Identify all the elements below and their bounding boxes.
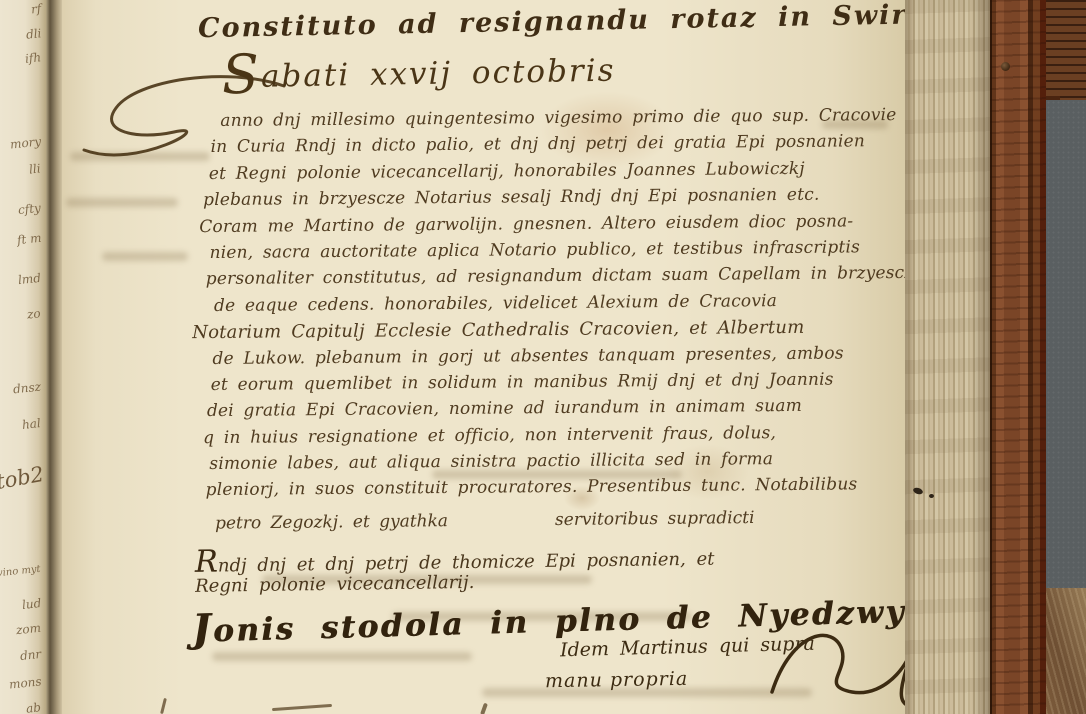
- cover-board-bottom: [1046, 588, 1086, 714]
- margin-fragment: zom: [15, 621, 41, 638]
- margin-fragment: zo: [27, 306, 42, 321]
- witness-names: petro Zegozkj. et gyathka: [215, 511, 448, 533]
- book-fore-edge: [905, 0, 990, 714]
- table-surface: [1046, 100, 1086, 588]
- bleedthrough-ghost: [212, 652, 472, 661]
- margin-fragment: tob2: [0, 462, 46, 494]
- margin-fragment: hal: [22, 416, 42, 432]
- facing-page-edge: rf dli ifh mory lli cfty ft m lmd zo dns…: [0, 0, 46, 714]
- ink-fleck: [929, 494, 934, 498]
- margin-fragment: lli: [29, 161, 42, 176]
- calligraphic-initial: S: [221, 43, 261, 107]
- margin-fragment: dnsz: [12, 380, 41, 397]
- witness-row: petro Zegozkj. et gyathka servitoribus s…: [215, 506, 905, 533]
- bleedthrough-ghost: [66, 198, 178, 207]
- bleedthrough-ghost: [70, 152, 210, 161]
- ink-fleck: [912, 487, 923, 496]
- margin-fragment: lmd: [17, 271, 41, 287]
- act-body: anno dnj millesimo quingentesimo vigesim…: [202, 105, 905, 507]
- wooden-cover-corner: [1046, 0, 1086, 100]
- binding-nail: [1001, 62, 1010, 71]
- margin-fragment: lud: [21, 596, 42, 612]
- date-heading: Sabati xxvij octobris: [222, 53, 616, 96]
- act-title: Constituto ad resignandu rotaz in Swirze: [198, 0, 905, 44]
- leather-binding: [990, 0, 1046, 714]
- margin-fragment: dnr: [19, 647, 42, 663]
- gutter-shadow: [46, 0, 62, 714]
- margin-fragment: ft m: [16, 231, 42, 247]
- margin-fragment: mory: [9, 134, 41, 151]
- cutoff-stroke: [480, 703, 488, 714]
- witness-qualifier: servitoribus supradicti: [555, 508, 755, 530]
- margin-fragment: mons: [8, 674, 42, 691]
- manuscript-photograph: { "palette": { "paper": "#eee5cb", "ink"…: [0, 0, 1086, 714]
- margin-fragment: vino myt: [0, 564, 41, 580]
- margin-fragment: rf: [30, 2, 42, 17]
- cutoff-stroke: [160, 698, 167, 714]
- signature-line: manu propria: [545, 668, 689, 692]
- margin-fragment: ab: [25, 700, 41, 714]
- cutoff-stroke: [272, 704, 332, 711]
- margin-fragment: ifh: [24, 50, 41, 66]
- manuscript-page: Constituto ad resignandu rotaz in Swirze…: [62, 0, 905, 714]
- bleedthrough-ghost: [102, 252, 188, 261]
- date-heading-text: abati xxvij octobris: [261, 53, 616, 95]
- manuscript-line: pleniorj, in suos constituit procuratore…: [206, 474, 905, 507]
- margin-fragment: cfty: [18, 201, 42, 217]
- margin-fragment: dli: [25, 26, 42, 42]
